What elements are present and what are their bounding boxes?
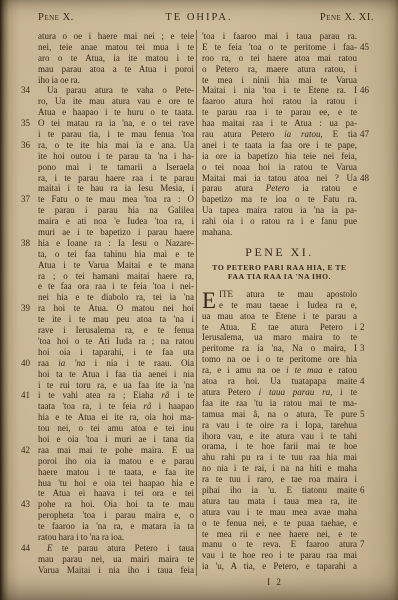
text-line: manu o te reva. E faaroo atura7 bbox=[202, 539, 357, 550]
text-line: e te mau taeae i Iudea ra e, bbox=[202, 300, 357, 311]
text-line: te parau raa i te parau ee, e te bbox=[202, 107, 357, 118]
text-line: hia e te Atua ei ite ra, oia hoi ma- bbox=[38, 412, 194, 423]
text-line: ite hoi outou i te parau ta 'na i ha- bbox=[38, 151, 194, 162]
text-line: ro, Ua ite mau atura vau e ore te bbox=[38, 96, 194, 107]
text-line: tou nei, o tei amu atoa e tei inu bbox=[38, 423, 194, 434]
text-line: roo ra, o tei haere atoa mai ratou bbox=[202, 53, 357, 64]
verses-acts-11-start: ITE atura te mau apostoloe te mau taeae … bbox=[202, 289, 357, 572]
text-line: te mea i ninii hia mai te Varua bbox=[202, 75, 357, 86]
text-line: ia 'u, A tia, e Petero, e taparahi a bbox=[202, 561, 357, 572]
text-line: te Atua. E tae atura Petero i2 bbox=[202, 322, 357, 333]
text-line: te faaroo ia 'na ra, e matara ïa ta bbox=[38, 521, 194, 532]
verse-number: 44 bbox=[21, 543, 35, 554]
text-line: nei hia e te diabolo ra, tei ia 'na bbox=[38, 292, 194, 303]
verse-number: 34 bbox=[21, 85, 35, 96]
text-line: mau parau nei, ua mairi maira te bbox=[38, 554, 194, 565]
chapter-subtitle-line2: FAA TIA RAA IA 'NA IHO. bbox=[202, 272, 357, 281]
text-line: Atua i te Varua Maitai e te mana bbox=[38, 260, 194, 271]
verse-number: 35 bbox=[21, 118, 35, 129]
text-line: iho ia oe ra. bbox=[38, 75, 194, 86]
book-page: Pene X. TE OHIPA. Pene X. XI. atura o oe… bbox=[0, 0, 398, 600]
verse-number: 39 bbox=[21, 303, 35, 314]
running-header: Pene X. TE OHIPA. Pene X. XI. bbox=[38, 12, 374, 26]
verse-number: 43 bbox=[21, 499, 35, 510]
text-line: O tei matau ra ia 'na, e o tei rave35 bbox=[38, 118, 194, 129]
verse-number: 6 bbox=[360, 485, 376, 496]
text-line: te Fatu o te mau mea 'toa ra : O37 bbox=[38, 194, 194, 205]
printers-signature: I 2 bbox=[240, 577, 310, 587]
chapter-subtitle: TO PETERO PARI RAA HIA, E TE FAA TIA RAA… bbox=[202, 263, 357, 282]
text-line: ahu rahi pu ra i te tuu raa hia mai bbox=[202, 452, 357, 463]
text-line: peritome ra ia 'na, Na o maira, I3 bbox=[202, 343, 357, 354]
text-line: Atua e haapao i te huru o te taata. bbox=[38, 107, 194, 118]
text-line: Maitai i nia 'toa i te Etene ra. I46 bbox=[202, 85, 357, 96]
verse-number: 7 bbox=[360, 539, 376, 550]
text-line: peropheta 'toa i parau maira e, o bbox=[38, 510, 194, 521]
text-line: o te fenua nei, e te puaa taehae, e bbox=[202, 518, 357, 529]
text-column-right: 'toa i faaroo mai i taua parau ra.E te f… bbox=[202, 31, 357, 572]
verse-number: 37 bbox=[21, 194, 35, 205]
verse-number: 3 bbox=[360, 343, 376, 354]
verse-number: 40 bbox=[21, 358, 35, 369]
text-line: ra, e i amu na oe i te maa e ratou bbox=[202, 365, 357, 376]
text-line: hoi oia i taparahi, i te faa uta bbox=[38, 347, 194, 358]
text-line: 'toa hoi o te Ati Iuda ra ; na ratou bbox=[38, 336, 194, 347]
text-line: ra, o te ite hia mai ïa e ana. Ua36 bbox=[38, 140, 194, 151]
text-line: ITE atura te mau apostolo bbox=[202, 289, 357, 300]
text-line: haere matou i te taata, e faa ite bbox=[38, 467, 194, 478]
text-line: te mea rii e nee haere nei, e te bbox=[202, 529, 357, 540]
running-header-right: Pene X. XI. bbox=[320, 12, 374, 23]
text-line: hia e Ioane ra : Ia Iesu o Nazare-38 bbox=[38, 238, 194, 249]
text-line: e te faa ora raa i te feia 'toa i nei- bbox=[38, 281, 194, 292]
text-line: ia ore ia bapetizo hia teie nei feia, bbox=[202, 151, 357, 162]
verse-number: 45 bbox=[360, 42, 376, 53]
text-line: i te vahi atea ra ; Eiaha râ i te41 bbox=[38, 390, 194, 401]
verse-number: 46 bbox=[360, 85, 376, 96]
text-line: rahi oia i o ratou ra i e fanu pue bbox=[202, 216, 357, 227]
text-line: E te parau atura Petero i taua44 bbox=[38, 543, 194, 554]
verse-number: 47 bbox=[360, 129, 376, 140]
chapter-title: PENE XI. bbox=[202, 245, 357, 259]
text-line: ra hoi te Atua. O matou nei hoi39 bbox=[38, 303, 194, 314]
text-line: rave i Ierusalema ra, e te fenua bbox=[38, 325, 194, 336]
verse-number: 4 bbox=[360, 376, 376, 387]
verse-number: 2 bbox=[360, 322, 376, 333]
text-line: no nia i te rai, i na na hiti e maha bbox=[202, 463, 357, 474]
text-line: raa ia 'na i nia i te raau. Oia40 bbox=[38, 358, 194, 369]
text-line: mau parau atoa a te Atua i poroi bbox=[38, 64, 194, 75]
verse-number: 5 bbox=[360, 409, 376, 420]
text-line: ratou hara i to 'na ra ioa. bbox=[38, 532, 194, 543]
text-line: faa ite raa 'tu ia ratou mai te ma- bbox=[202, 398, 357, 409]
chapter-heading: PENE XI. TO PETERO PARI RAA HIA, E TE FA… bbox=[202, 238, 357, 289]
text-line: Ua parau atura te vaha o Pete-34 bbox=[38, 85, 194, 96]
text-line: Ua tapea maira ratou ia 'na ia pa- bbox=[202, 205, 357, 216]
text-line: atura vau i te mau mea avae maha bbox=[202, 507, 357, 518]
text-line: muri ae i te bapetizo i parau haere bbox=[38, 227, 194, 238]
text-line: bapetizo ma te ioa o te Fatu ra. bbox=[202, 194, 357, 205]
text-line: hoi e oia 'toa i muri ae i tana tia bbox=[38, 434, 194, 445]
text-line: pono mai i te tamarii a Iseraela bbox=[38, 162, 194, 173]
verse-number: 41 bbox=[21, 390, 35, 401]
text-line: mahana. bbox=[202, 227, 357, 238]
text-line: haa maitai raa i te Atua : ua pa- bbox=[202, 118, 357, 129]
text-line: Varua Maitai i nia iho i taua feia bbox=[38, 565, 194, 576]
text-line: te parau i parau hia na Galilea bbox=[38, 205, 194, 216]
text-line: rau atura Petero ia ratou, E tia47 bbox=[202, 129, 357, 140]
verses-acts-10-end: 'toa i faaroo mai i taua parau ra.E te f… bbox=[202, 31, 357, 238]
text-line: taata 'toa ra, i te feia râ i haapao bbox=[38, 401, 194, 412]
text-line: parau atura Petero ia ratou e bbox=[202, 183, 357, 194]
text-line: orama, i te hoe farii mai te hoe bbox=[202, 441, 357, 452]
text-line: 'toa i faaroo mai i taua parau ra. bbox=[202, 31, 357, 42]
text-line: i te rui toru ra, e ua faa ite ia 'na bbox=[38, 380, 194, 391]
text-line: atura o oe i haere mai nei ; e teie bbox=[38, 31, 194, 42]
text-line: atura Petero i taua parau ra, i te bbox=[202, 387, 357, 398]
text-line: ra vau i te oire ra i Iopa, tarehua bbox=[202, 420, 357, 431]
text-column-left: atura o oe i haere mai nei ; e teienei, … bbox=[38, 31, 194, 576]
text-line: poroi iho oia ia matou e e parau bbox=[38, 456, 194, 467]
text-line: te ite i te mau peu atoa ta 'na i bbox=[38, 314, 194, 325]
text-line: ta, o tei faa tahinu hia mai e te bbox=[38, 249, 194, 260]
chapter-subtitle-line1: TO PETERO PARI RAA HIA, E TE bbox=[202, 263, 357, 272]
text-line: pihai iho ia 'u. E tiatonu maite6 bbox=[202, 485, 357, 496]
text-line: tomo na oe i o te peritome ore hia bbox=[202, 354, 357, 365]
text-line: pohe ra hoi. Oia hoi ta te mau43 bbox=[38, 499, 194, 510]
text-line: nei, teie anae matou tei mua i te bbox=[38, 42, 194, 53]
text-line: o tei noaa hoi ia ratou te Varua bbox=[202, 162, 357, 173]
text-line: te Atua ei haava i tei ora e tei bbox=[38, 488, 194, 499]
text-line: maitai i te hau ra ia Iesu Mesia, i bbox=[38, 183, 194, 194]
text-line: ra ; o tei hamani maitai haere ra, bbox=[38, 271, 194, 282]
verse-number: 38 bbox=[21, 238, 35, 249]
text-line: E te feia 'toa o te peritome i faa-45 bbox=[202, 42, 357, 53]
text-line: faaroo atura hoi ratou ia ratou i bbox=[202, 96, 357, 107]
text-line: hua 'tu hoi e oia tei haapao hia e bbox=[38, 478, 194, 489]
verse-number: 36 bbox=[21, 140, 35, 151]
text-line: ihora vau, e ite atura vau i te tahi bbox=[202, 431, 357, 442]
text-line: atura tau mata i taua mea ra, ite bbox=[202, 496, 357, 507]
text-line: maira e ati noa 'e Iudea 'toa ra, i bbox=[38, 216, 194, 227]
text-line: vau i te hoe reo i te parau raa mai bbox=[202, 550, 357, 561]
text-line: anei i te taata ia faa ore i te pape, bbox=[202, 140, 357, 151]
text-line: Ierusalema, ua maro maira to te bbox=[202, 332, 357, 343]
running-header-title: TE OHIPA. bbox=[38, 12, 360, 23]
text-line: hoi ta te Atua i faa tia aenei i nia bbox=[38, 369, 194, 380]
verse-number: 42 bbox=[21, 445, 35, 456]
text-line: tamua mai â, na o atura, Te pure5 bbox=[202, 409, 357, 420]
text-line: ra, i te parau haere raa i te parau bbox=[38, 173, 194, 184]
verse-number: 48 bbox=[360, 173, 376, 184]
text-line: i te parau tia, i te mau fenua 'toa bbox=[38, 129, 194, 140]
text-line: raa mai mai te pohe maira. E ua42 bbox=[38, 445, 194, 456]
text-line: aro o te Atua, ia ite matou i te bbox=[38, 53, 194, 64]
text-line: Maitai mai ia tatou atoa nei ? Ua48 bbox=[202, 173, 357, 184]
text-line: o Petero ra, maere atura ratou, i bbox=[202, 64, 357, 75]
text-line: ua mau atoa te Etene i te parau a bbox=[202, 311, 357, 322]
text-line: ra te tuu i raro, e tae roa maira i bbox=[202, 474, 357, 485]
text-line: atoa ra hoi. Ua tuatapapa maite4 bbox=[202, 376, 357, 387]
column-divider-rule bbox=[196, 30, 197, 576]
